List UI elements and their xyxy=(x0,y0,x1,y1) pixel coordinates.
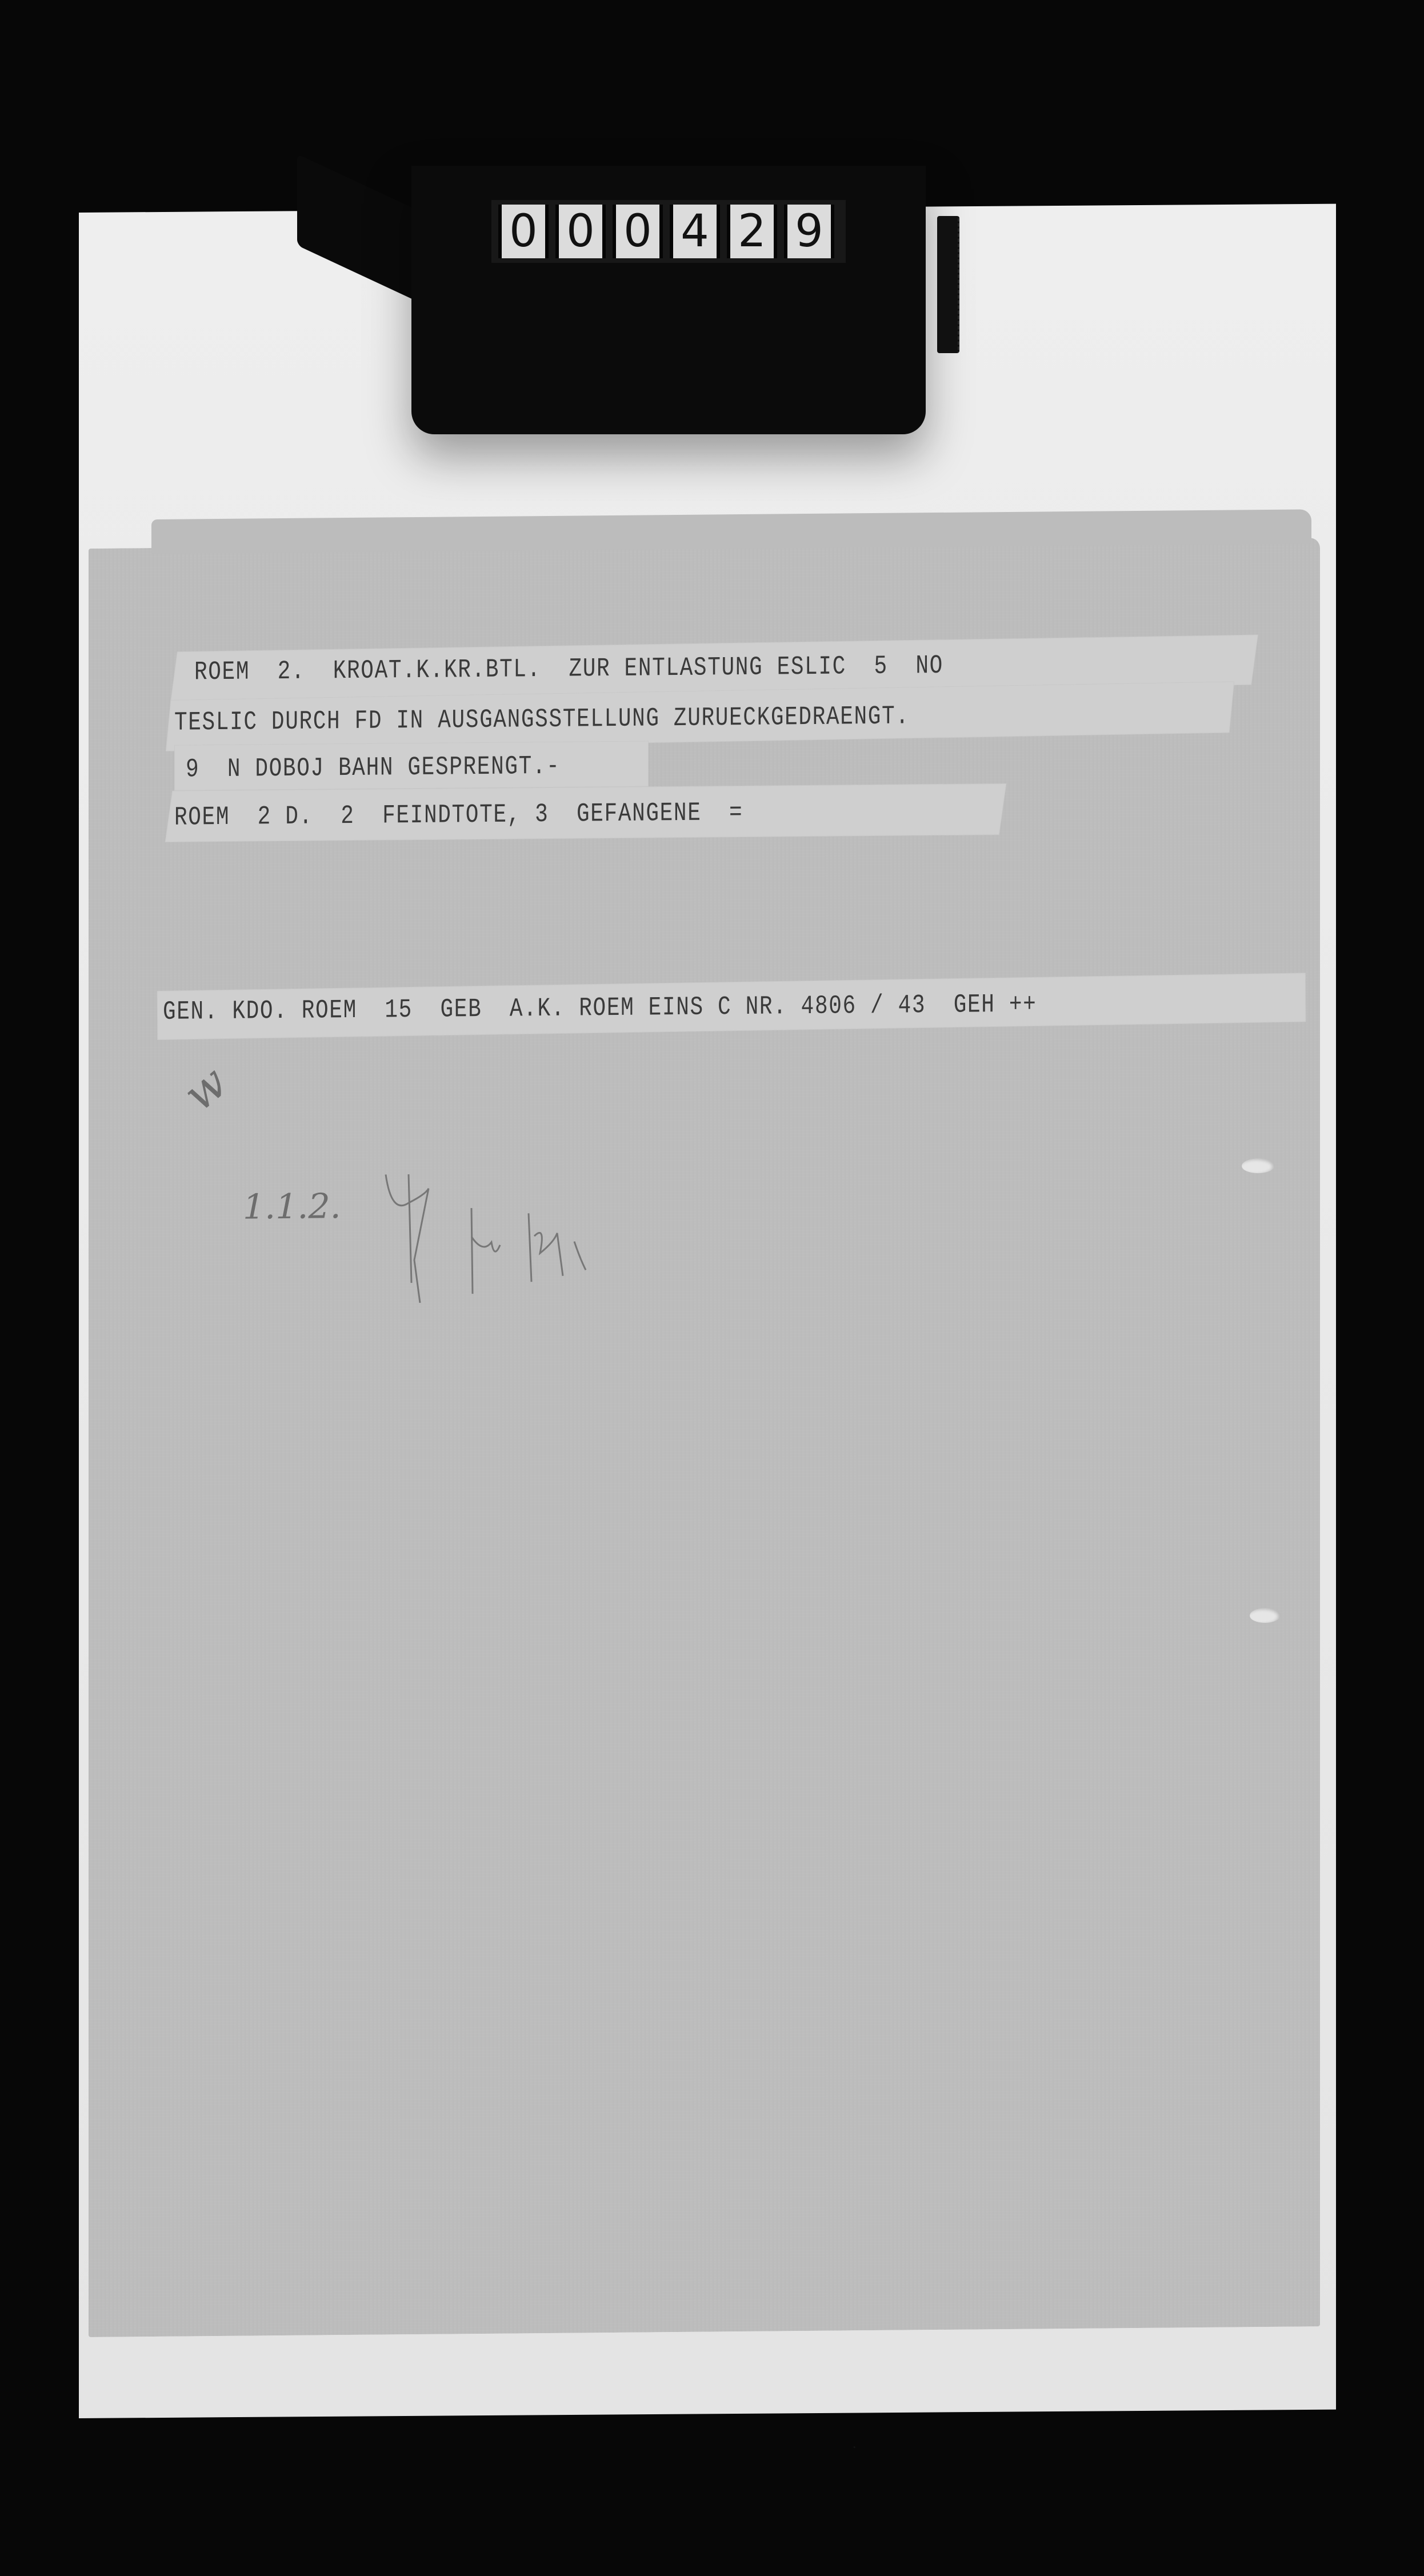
counter-digit: 0 xyxy=(498,205,549,258)
counter-digit: 9 xyxy=(784,205,834,258)
frame-counter-device: 0 0 0 4 2 9 xyxy=(400,166,937,440)
telegram-line-3: 9 N DOBOJ BAHN GESPRENGT.- xyxy=(186,751,560,785)
punch-hole-bottom xyxy=(1250,1608,1281,1623)
paraph-mark xyxy=(374,1168,454,1306)
frame-counter: 0 0 0 4 2 9 xyxy=(491,200,846,263)
faded-stamp xyxy=(169,866,397,919)
punch-hole-top xyxy=(1242,1158,1275,1174)
counter-digit: 2 xyxy=(727,205,777,258)
date-note: 1.1.2. xyxy=(243,1186,341,1227)
margin-initials: w xyxy=(173,1055,237,1121)
signature-scribble xyxy=(460,1190,609,1305)
counter-digit: 0 xyxy=(555,205,606,258)
telegram-line-4: ROEM 2 D. 2 FEINDTOTE, 3 GEFANGENE = xyxy=(174,798,743,833)
counter-digit: 4 xyxy=(670,205,720,258)
counter-digit: 0 xyxy=(613,205,663,258)
counter-knob xyxy=(937,216,959,353)
telegram-paper: ROEM 2. KROAT.K.KR.BTL. ZUR ENTLASTUNG E… xyxy=(89,538,1320,2337)
